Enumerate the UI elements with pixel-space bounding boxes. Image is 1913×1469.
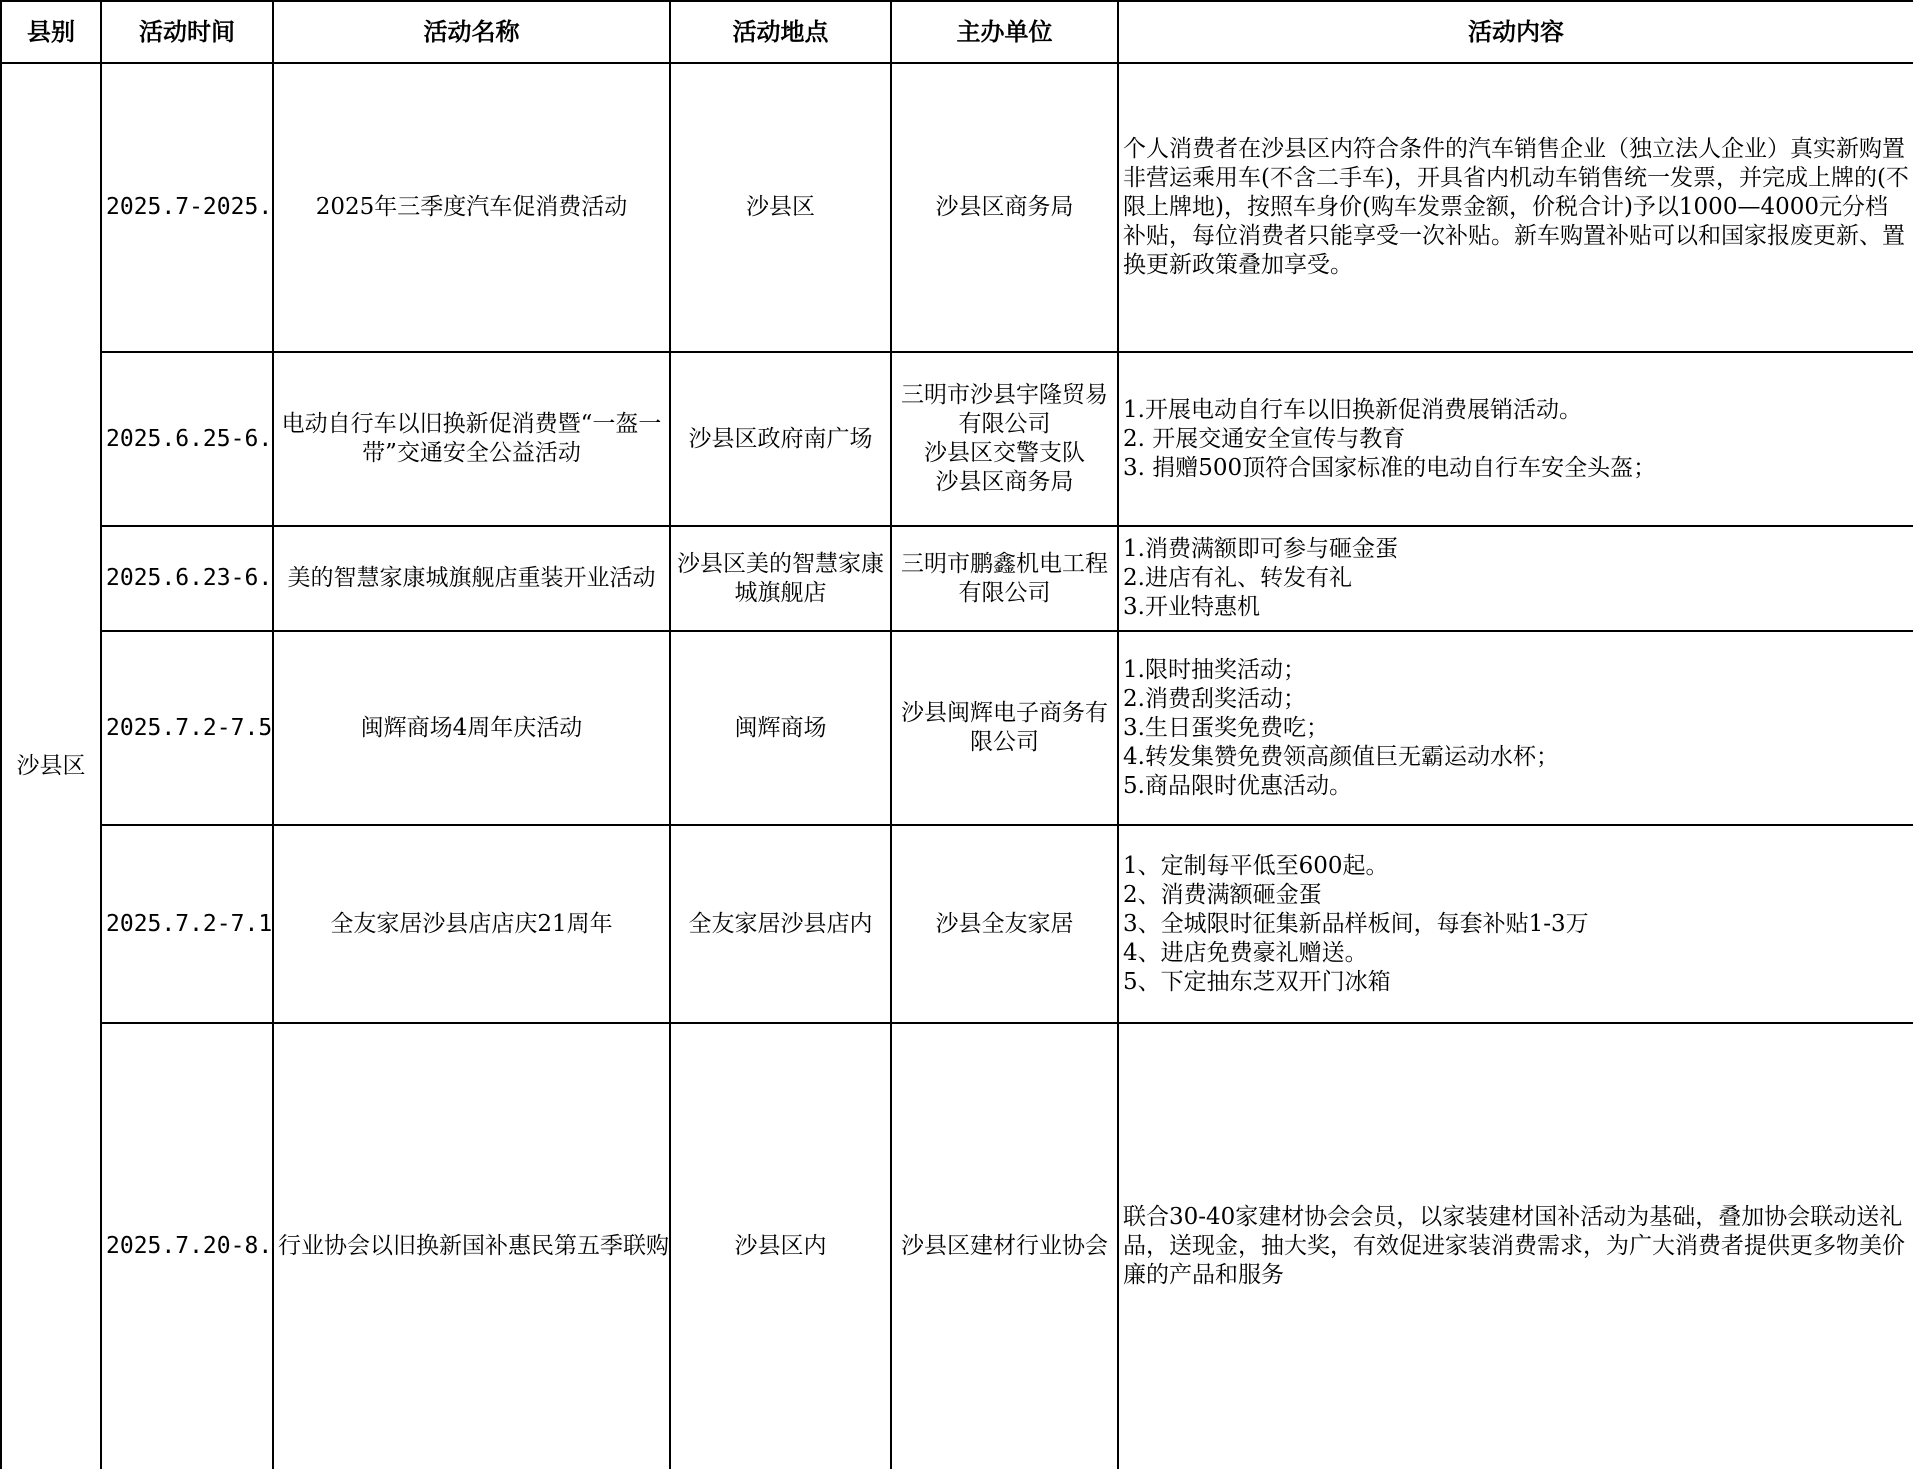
time-cell: 2025.7.2-7.13 <box>101 825 273 1023</box>
organizer-cell: 三明市鹏鑫机电工程有限公司 <box>891 526 1118 631</box>
organizer-line: 沙县全友家居 <box>896 910 1113 939</box>
content-line: 1.消费满额即可参与砸金蛋 <box>1123 535 1909 564</box>
content-line: 3. 捐赠500顶符合国家标准的电动自行车安全头盔； <box>1123 454 1909 483</box>
content-line: 2.进店有礼、转发有礼 <box>1123 564 1909 593</box>
table-row: 2025.7.20-8.20 行业协会以旧换新国补惠民第五季联购 沙县区内 沙县… <box>1 1023 1913 1469</box>
table-row: 2025.6.25-6.29 电动自行车以旧换新促消费暨“一盔一带”交通安全公益… <box>1 352 1913 526</box>
organizer-line: 三明市鹏鑫机电工程有限公司 <box>896 550 1113 608</box>
place-cell: 沙县区内 <box>670 1023 891 1469</box>
organizer-line: 沙县闽辉电子商务有限公司 <box>896 699 1113 757</box>
name-cell: 行业协会以旧换新国补惠民第五季联购 <box>273 1023 670 1469</box>
place-cell: 全友家居沙县店内 <box>670 825 891 1023</box>
content-cell: 1、定制每平低至600起。 2、消费满额砸金蛋 3、全城限时征集新品样板间，每套… <box>1118 825 1913 1023</box>
content-line: 4、进店免费豪礼赠送。 <box>1123 939 1909 968</box>
header-name: 活动名称 <box>273 1 670 63</box>
table-row: 沙县区 2025.7-2025.9 2025年三季度汽车促消费活动 沙县区 沙县… <box>1 63 1913 352</box>
content-line: 1、定制每平低至600起。 <box>1123 852 1909 881</box>
place-cell: 沙县区政府南广场 <box>670 352 891 526</box>
content-line: 1.开展电动自行车以旧换新促消费展销活动。 <box>1123 396 1909 425</box>
organizer-cell: 沙县区建材行业协会 <box>891 1023 1118 1469</box>
header-county: 县别 <box>1 1 101 63</box>
name-cell: 电动自行车以旧换新促消费暨“一盔一带”交通安全公益活动 <box>273 352 670 526</box>
time-cell: 2025.6.25-6.29 <box>101 352 273 526</box>
time-cell: 2025.6.23-6.28 <box>101 526 273 631</box>
organizer-line: 沙县区商务局 <box>896 193 1113 222</box>
time-cell: 2025.7.20-8.20 <box>101 1023 273 1469</box>
content-line: 3.开业特惠机 <box>1123 593 1909 622</box>
content-cell: 1.开展电动自行车以旧换新促消费展销活动。 2. 开展交通安全宣传与教育 3. … <box>1118 352 1913 526</box>
county-cell: 沙县区 <box>1 63 101 1469</box>
organizer-cell: 沙县全友家居 <box>891 825 1118 1023</box>
activity-table: 县别 活动时间 活动名称 活动地点 主办单位 活动内容 沙县区 2025.7-2… <box>0 0 1913 1469</box>
content-line: 5、下定抽东芝双开门冰箱 <box>1123 968 1909 997</box>
place-cell: 沙县区美的智慧家康城旗舰店 <box>670 526 891 631</box>
organizer-cell: 三明市沙县宇隆贸易有限公司 沙县区交警支队 沙县区商务局 <box>891 352 1118 526</box>
content-line: 3.生日蛋奖免费吃； <box>1123 714 1909 743</box>
time-cell: 2025.7.2-7.5 <box>101 631 273 825</box>
name-cell: 全友家居沙县店店庆21周年 <box>273 825 670 1023</box>
header-content: 活动内容 <box>1118 1 1913 63</box>
organizer-line: 沙县区建材行业协会 <box>896 1232 1113 1261</box>
table-row: 2025.7.2-7.13 全友家居沙县店店庆21周年 全友家居沙县店内 沙县全… <box>1 825 1913 1023</box>
content-line: 4.转发集赞免费领高颜值巨无霸运动水杯； <box>1123 743 1909 772</box>
content-cell: 1.消费满额即可参与砸金蛋 2.进店有礼、转发有礼 3.开业特惠机 <box>1118 526 1913 631</box>
content-line: 2. 开展交通安全宣传与教育 <box>1123 425 1909 454</box>
organizer-line: 沙县区商务局 <box>896 468 1113 497</box>
organizer-cell: 沙县闽辉电子商务有限公司 <box>891 631 1118 825</box>
name-cell: 闽辉商场4周年庆活动 <box>273 631 670 825</box>
content-line: 个人消费者在沙县区内符合条件的汽车销售企业（独立法人企业）真实新购置非营运乘用车… <box>1123 135 1909 280</box>
content-line: 3、全城限时征集新品样板间，每套补贴1-3万 <box>1123 910 1909 939</box>
content-line: 2、消费满额砸金蛋 <box>1123 881 1909 910</box>
time-cell: 2025.7-2025.9 <box>101 63 273 352</box>
content-cell: 联合30-40家建材协会会员，以家装建材国补活动为基础，叠加协会联动送礼品，送现… <box>1118 1023 1913 1469</box>
place-cell: 沙县区 <box>670 63 891 352</box>
organizer-line: 沙县区交警支队 <box>896 439 1113 468</box>
content-line: 5.商品限时优惠活动。 <box>1123 772 1909 801</box>
header-organizer: 主办单位 <box>891 1 1118 63</box>
name-cell: 美的智慧家康城旗舰店重装开业活动 <box>273 526 670 631</box>
organizer-line: 三明市沙县宇隆贸易有限公司 <box>896 381 1113 439</box>
header-place: 活动地点 <box>670 1 891 63</box>
place-cell: 闽辉商场 <box>670 631 891 825</box>
header-time: 活动时间 <box>101 1 273 63</box>
content-line: 2.消费刮奖活动； <box>1123 685 1909 714</box>
content-line: 联合30-40家建材协会会员，以家装建材国补活动为基础，叠加协会联动送礼品，送现… <box>1123 1203 1909 1290</box>
organizer-cell: 沙县区商务局 <box>891 63 1118 352</box>
table-row: 2025.7.2-7.5 闽辉商场4周年庆活动 闽辉商场 沙县闽辉电子商务有限公… <box>1 631 1913 825</box>
header-row: 县别 活动时间 活动名称 活动地点 主办单位 活动内容 <box>1 1 1913 63</box>
name-cell: 2025年三季度汽车促消费活动 <box>273 63 670 352</box>
content-cell: 个人消费者在沙县区内符合条件的汽车销售企业（独立法人企业）真实新购置非营运乘用车… <box>1118 63 1913 352</box>
content-cell: 1.限时抽奖活动； 2.消费刮奖活动； 3.生日蛋奖免费吃； 4.转发集赞免费领… <box>1118 631 1913 825</box>
content-line: 1.限时抽奖活动； <box>1123 656 1909 685</box>
table-row: 2025.6.23-6.28 美的智慧家康城旗舰店重装开业活动 沙县区美的智慧家… <box>1 526 1913 631</box>
